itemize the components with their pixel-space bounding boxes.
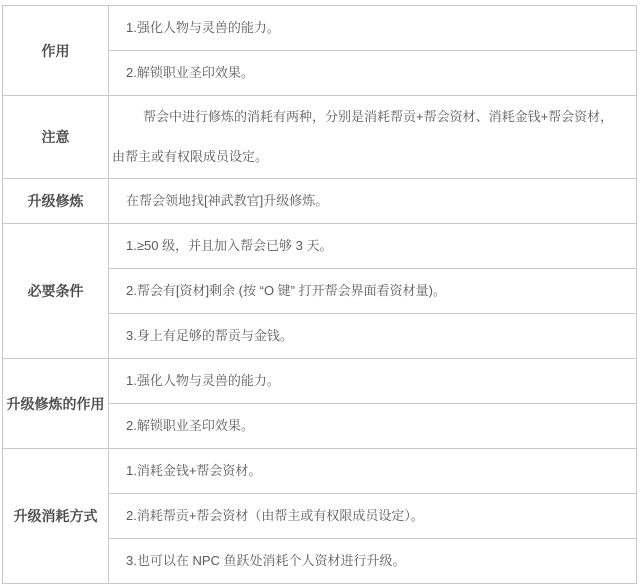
section-label: 升级消耗方式 xyxy=(3,449,109,584)
section-content-cell: 2.帮会有[资材]剩余 (按 “O 键” 打开帮会界面看资材量)。 xyxy=(109,269,637,314)
guide-table-container: 作用1.强化人物与灵兽的能力。2.解锁职业圣印效果。注意帮会中进行修炼的消耗有两… xyxy=(2,5,637,584)
table-row: 注意帮会中进行修炼的消耗有两种，分别是消耗帮贡+帮会资材、消耗金钱+帮会资材，由… xyxy=(3,96,637,179)
section-content-cell: 3.身上有足够的帮贡与金钱。 xyxy=(109,314,637,359)
section-label: 作用 xyxy=(3,6,109,96)
guild-cultivation-info-table: 作用1.强化人物与灵兽的能力。2.解锁职业圣印效果。注意帮会中进行修炼的消耗有两… xyxy=(2,5,637,584)
section-content-cell: 1.强化人物与灵兽的能力。 xyxy=(109,6,637,51)
section-label: 必要条件 xyxy=(3,224,109,359)
table-row: 升级消耗方式1.消耗金钱+帮会资材。 xyxy=(3,449,637,494)
table-row: 升级修炼在帮会领地找[神武教官]升级修炼。 xyxy=(3,179,637,224)
section-content-cell: 1.强化人物与灵兽的能力。 xyxy=(109,359,637,404)
section-label: 升级修炼 xyxy=(3,179,109,224)
section-label: 升级修炼的作用 xyxy=(3,359,109,449)
section-content-cell: 1.≥50 级，并且加入帮会已够 3 天。 xyxy=(109,224,637,269)
info-table-body: 作用1.强化人物与灵兽的能力。2.解锁职业圣印效果。注意帮会中进行修炼的消耗有两… xyxy=(3,6,637,584)
table-row: 必要条件1.≥50 级，并且加入帮会已够 3 天。 xyxy=(3,224,637,269)
section-content-cell: 2.解锁职业圣印效果。 xyxy=(109,404,637,449)
section-content-cell: 在帮会领地找[神武教官]升级修炼。 xyxy=(109,179,637,224)
section-content-cell: 帮会中进行修炼的消耗有两种，分别是消耗帮贡+帮会资材、消耗金钱+帮会资材，由帮主… xyxy=(109,96,637,179)
section-content-cell: 3.也可以在 NPC 鱼跃处消耗个人资材进行升级。 xyxy=(109,539,637,584)
section-label: 注意 xyxy=(3,96,109,179)
table-row: 作用1.强化人物与灵兽的能力。 xyxy=(3,6,637,51)
section-content-cell: 2.消耗帮贡+帮会资材（由帮主或有权限成员设定）。 xyxy=(109,494,637,539)
section-content-cell: 2.解锁职业圣印效果。 xyxy=(109,51,637,96)
section-content-cell: 1.消耗金钱+帮会资材。 xyxy=(109,449,637,494)
table-row: 升级修炼的作用1.强化人物与灵兽的能力。 xyxy=(3,359,637,404)
